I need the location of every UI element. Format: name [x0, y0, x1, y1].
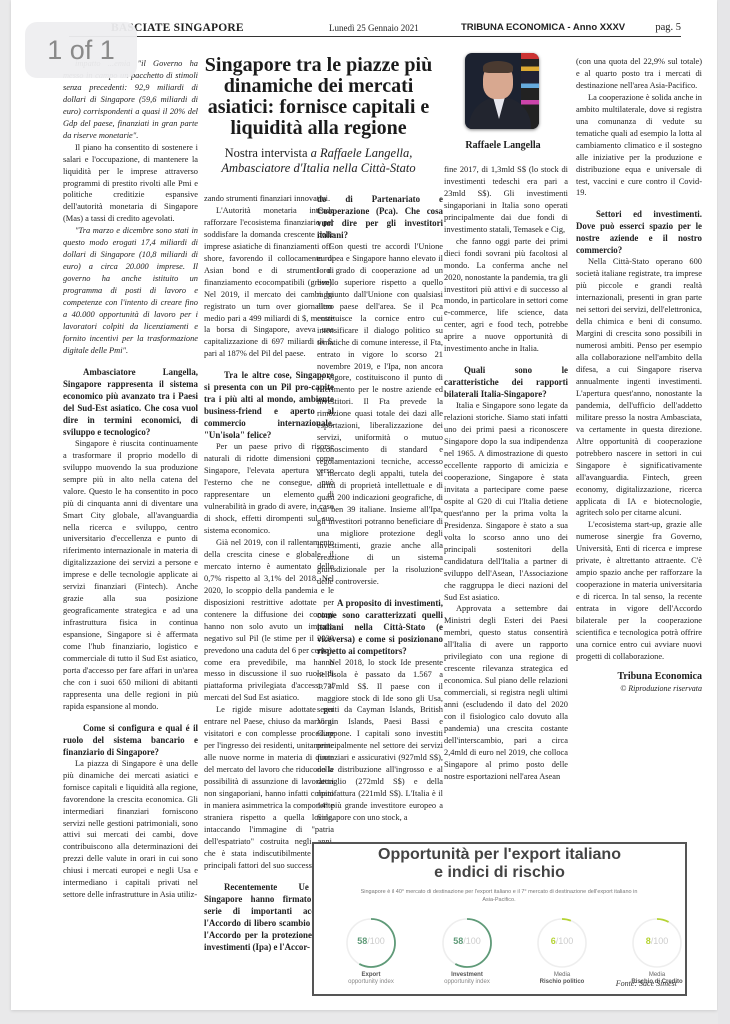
infobox-title: Opportunità per l'export italiano e indi… — [314, 846, 685, 882]
interview-question: Tra le altre cose, Singapore si presenta… — [204, 369, 334, 441]
interview-question: Quali sono le caratteristiche dei rappor… — [444, 364, 568, 400]
gauge-label-bottom: Rischio politico — [517, 979, 607, 986]
paragraph: Nel 2018, lo stock Ide presente nell'iso… — [317, 657, 443, 824]
gauge-max: /100 — [367, 936, 385, 946]
paragraph: La cooperazione è solida anche in ambito… — [576, 92, 702, 200]
gauge-label-top: Media — [612, 972, 702, 979]
masthead: TRIBUNA ECONOMICA - Anno XXXV — [461, 22, 625, 33]
scrollbar-track[interactable] — [718, 0, 730, 1024]
interview-question: A proposito di investimenti, come sono c… — [317, 597, 443, 657]
gauge-2: 58/100Investmentopportunity index — [422, 916, 512, 986]
gauge-max: /100 — [463, 936, 481, 946]
paragraph: Con questi tre accordi l'Unione europea … — [317, 241, 443, 588]
article-column-5: (con una quota del 22,9% sul totale) e a… — [576, 56, 702, 695]
page-number: pag. 5 — [655, 22, 681, 33]
paragraph: L'Autorità monetaria intende rafforzare … — [204, 205, 334, 360]
photo-caption: Raffaele Langella — [461, 140, 545, 151]
author-photo — [465, 53, 539, 129]
gauge-max: /100 — [651, 936, 669, 946]
article-subtitle: Nostra intervista a Raffaele Langella, A… — [201, 146, 436, 176]
gauge-label-bottom: opportunity index — [422, 979, 512, 986]
copyright-note: © Riproduzione riservata — [576, 683, 702, 695]
interview-question: Come si configura e qual é il ruolo del … — [63, 722, 198, 758]
paragraph: Già nel 2019, con il rallentamento della… — [204, 537, 334, 704]
issue-date: Lunedì 25 Gennaio 2021 — [329, 23, 419, 33]
article-column-2: zando strumenti finanziari innovativi.L'… — [204, 193, 334, 953]
article-column-4: fine 2017, di 1,3mld S$ (lo stock di inv… — [444, 164, 568, 783]
paragraph: zando strumenti finanziari innovativi. — [204, 193, 334, 205]
gauge-value: 58 — [453, 936, 463, 946]
gauge-label-top: Export — [326, 972, 416, 979]
paragraph: "Tra marzo e dicembre sono stati in ques… — [63, 225, 198, 356]
infobox-description: Singapore è il 40° mercato di destinazio… — [354, 888, 644, 904]
gauge-label-top: Investment — [422, 972, 512, 979]
gauge-3: 6/100MediaRischio politico — [517, 916, 607, 986]
interview-question: Settori ed investimenti. Dove può esserc… — [576, 208, 702, 256]
paragraph: L'ecosistema start-up, grazie alle numer… — [576, 519, 702, 662]
article-column-1: impatto ...emia "il Governo ha messo in … — [63, 58, 198, 901]
paragraph: Per un paese privo di risorse naturali d… — [204, 441, 334, 537]
subtitle-prefix: Nostra intervista — [225, 146, 311, 160]
gauge-4: 8/100MediaRischio di Credito — [612, 916, 702, 986]
article-column-3: do di Partenariato e Cooperazione (Pca).… — [317, 193, 443, 824]
document-page: BASCIATE SINGAPORE Lunedì 25 Gennaio 202… — [11, 0, 717, 1010]
gauge-label-bottom: opportunity index — [326, 979, 416, 986]
paragraph: La piazza di Singapore è una delle più d… — [63, 758, 198, 901]
paragraph: (con una quota del 22,9% sul totale) e a… — [576, 56, 702, 92]
interview-question: Ambasciatore Langella, Singapore rappres… — [63, 366, 198, 438]
paragraph: Il piano ha consentito di sostenere i sa… — [63, 142, 198, 226]
export-risk-infobox: Opportunità per l'export italiano e indi… — [312, 842, 687, 996]
source-note: Fonte: Sace Simest — [616, 979, 677, 988]
gauge-max: /100 — [556, 936, 574, 946]
page-indicator: 1 of 1 — [25, 22, 137, 78]
gauge-label-top: Media — [517, 972, 607, 979]
article-title: Singapore tra le piazze più dinamiche de… — [201, 55, 436, 139]
paragraph: che fanno oggi parte dei primi dieci fon… — [444, 236, 568, 356]
signature: Tribuna Economica — [576, 671, 702, 683]
paragraph: fine 2017, di 1,3mld S$ (lo stock di inv… — [444, 164, 568, 236]
paragraph: Nella Città-Stato operano 600 società it… — [576, 256, 702, 519]
page-header: BASCIATE SINGAPORE Lunedì 25 Gennaio 202… — [69, 22, 681, 37]
paragraph: Italia e Singapore sono legate da relazi… — [444, 400, 568, 603]
interview-question: do di Partenariato e Cooperazione (Pca).… — [317, 193, 443, 241]
paragraph: Singapore è riuscita continuamente a tra… — [63, 438, 198, 713]
gauge-value: 58 — [357, 936, 367, 946]
paragraph: Approvata a settembre dai Ministri degli… — [444, 603, 568, 782]
gauge-1: 58/100Exportopportunity index — [326, 916, 416, 986]
